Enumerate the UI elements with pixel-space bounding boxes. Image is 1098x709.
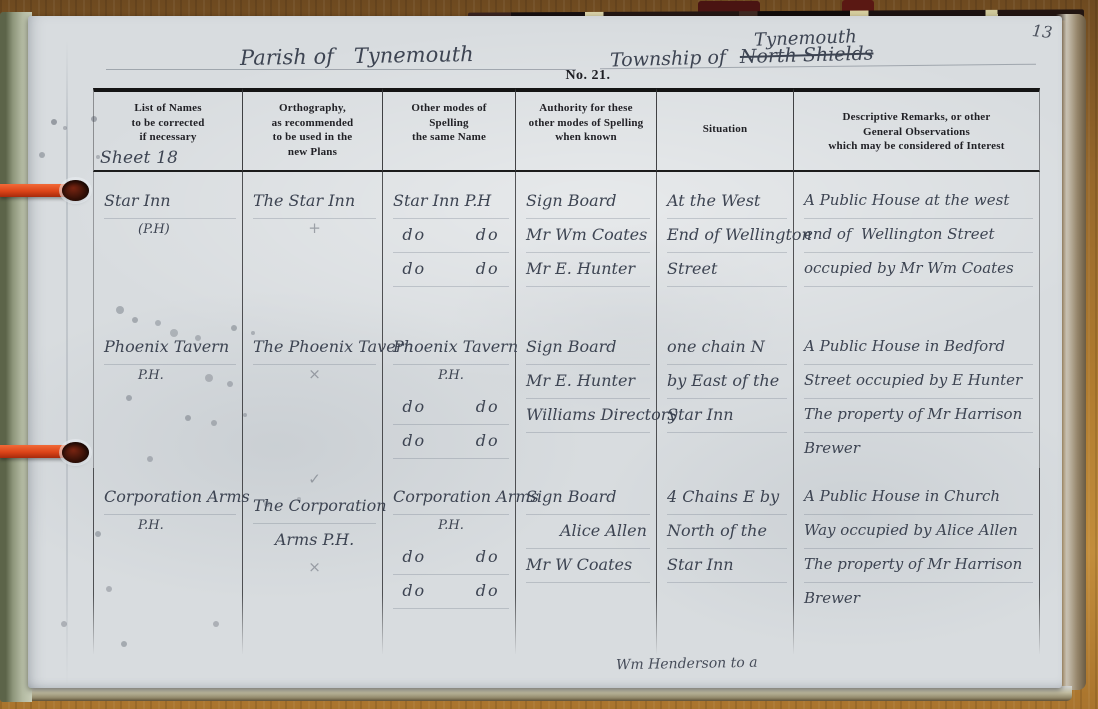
cell-remarks: A Public House in Bedford Street occupie…	[794, 318, 1040, 468]
cell-situation: At the West End of Wellington Street	[657, 172, 794, 318]
parish-ruled-line	[106, 69, 576, 70]
cell-other-modes: Star Inn P.H do do do do	[383, 172, 516, 318]
parish-label: Parish of	[240, 44, 334, 70]
parish-value: Tynemouth	[354, 42, 474, 68]
cell-name: Star Inn (P.H)	[93, 172, 243, 318]
worm-holes	[0, 0, 4, 4]
binding-hole	[62, 180, 89, 201]
cell-situation: 4 Chains E by North of the Star Inn	[657, 468, 794, 654]
pencil-mark: ×	[253, 558, 376, 578]
name-book-table: List of Names to be corrected if necessa…	[93, 88, 1040, 654]
folio-number: 13	[1031, 21, 1053, 42]
pencil-mark: +	[253, 219, 376, 239]
cell-authority: Sign Board Alice Allen Mr W Coates	[516, 468, 657, 654]
cell-authority: Sign Board Mr E. Hunter Williams Directo…	[516, 318, 657, 468]
cell-orthography: The Star Inn +	[243, 172, 383, 318]
cell-remarks: A Public House in Church Way occupied by…	[794, 468, 1040, 654]
cell-situation: one chain N by East of the Star Inn	[657, 318, 794, 468]
header-authority: Authority for these other modes of Spell…	[516, 88, 657, 172]
cell-name: Corporation Arms P.H.	[93, 468, 243, 654]
desk-surface: 13 Parish of Tynemouth Tynemouth Townshi…	[0, 0, 1098, 709]
header-list-of-names: List of Names to be corrected if necessa…	[93, 88, 243, 172]
page-crease	[66, 40, 68, 688]
pencil-mark: ×	[253, 365, 376, 385]
check-mark: ✓	[253, 470, 376, 490]
register-page: 13 Parish of Tynemouth Tynemouth Townshi…	[28, 16, 1062, 688]
cell-other-modes: Phoenix Tavern P.H. do do do do	[383, 318, 516, 468]
cell-other-modes: Corporation Arms P.H. do do do do	[383, 468, 516, 654]
sheet-note: Sheet 18	[100, 148, 178, 168]
page-stack-bottom-edge	[8, 686, 1072, 701]
cell-remarks: A Public House at the west end of Wellin…	[794, 172, 1040, 318]
footer-note: Wm Henderson to a	[616, 655, 758, 673]
township-heading: Township of North Shields	[610, 43, 874, 72]
township-struck-value: North Shields	[740, 43, 874, 68]
header-situation: Situation	[657, 88, 794, 172]
header-descriptive-remarks: Descriptive Remarks, or other General Ob…	[794, 88, 1040, 172]
binding-hole	[62, 442, 89, 463]
header-other-modes: Other modes of Spelling the same Name	[383, 88, 516, 172]
header-orthography: Orthography, as recommended to be used i…	[243, 88, 383, 172]
cell-orthography: ✓ The Corporation Arms P.H. ×	[243, 468, 383, 654]
cell-orthography: The Phoenix Tavern ×	[243, 318, 383, 468]
form-number: No. 21.	[528, 68, 648, 84]
parish-heading: Parish of Tynemouth	[240, 42, 474, 70]
cell-name: Phoenix Tavern P.H.	[93, 318, 243, 468]
cell-authority: Sign Board Mr Wm Coates Mr E. Hunter	[516, 172, 657, 318]
